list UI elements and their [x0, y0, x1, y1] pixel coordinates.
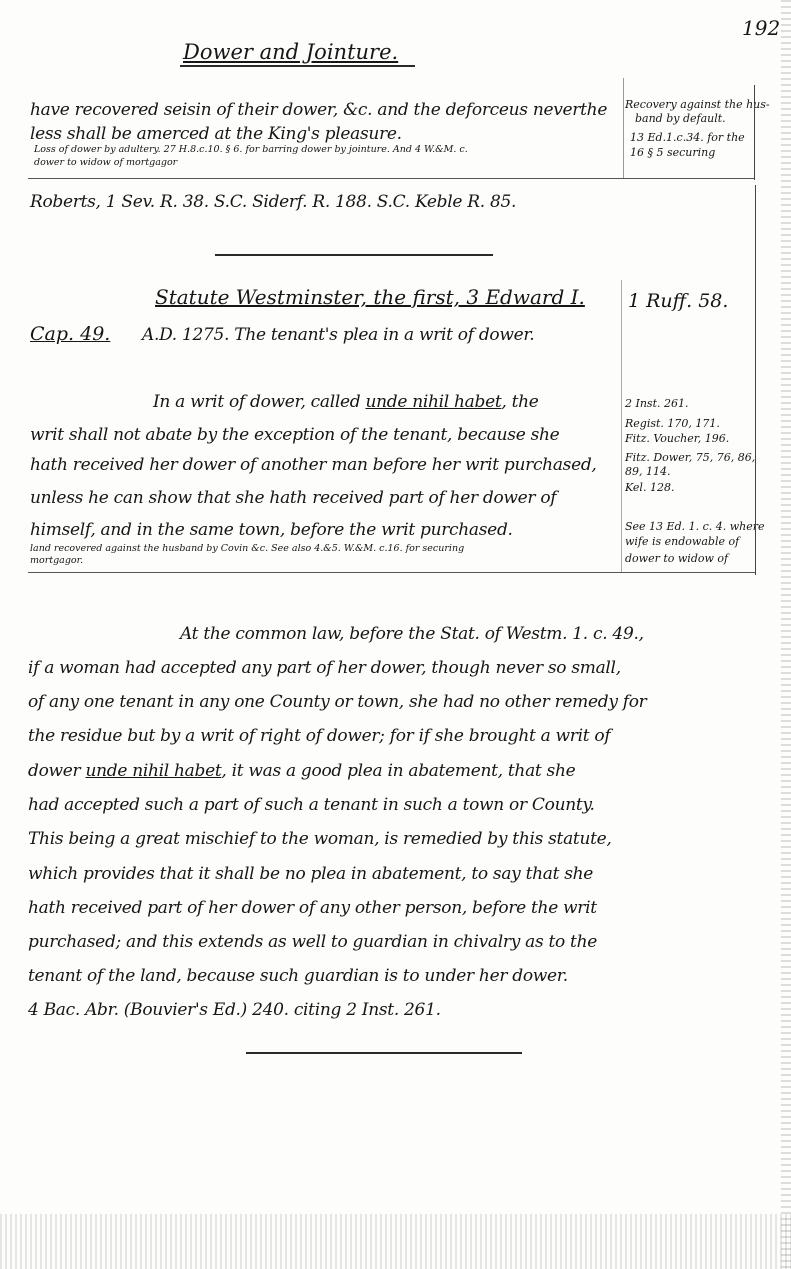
- page-heading: Dower and Jointure.: [183, 40, 398, 64]
- section-separator-1: [215, 254, 493, 256]
- statute-margin-1: 2 Inst. 261.: [625, 397, 688, 410]
- statute-margin-8: wife is endowable of: [625, 535, 739, 548]
- statute-line-1: In a writ of dower, called unde nihil ha…: [153, 392, 539, 412]
- statute-margin-7: See 13 Ed. 1. c. 4. where: [625, 520, 765, 533]
- statute-margin-9: dower to widow of: [625, 552, 728, 565]
- commentary-line-5: dower unde nihil habet, it was a good pl…: [28, 761, 575, 781]
- statute-line-2: writ shall not abate by the exception of…: [30, 425, 559, 445]
- top-note-1: Loss of dower by adultery. 27 H.8.c.10. …: [34, 144, 468, 155]
- margin-divider-statute: [621, 280, 622, 572]
- commentary-line-9: hath received part of her dower of any o…: [28, 898, 597, 918]
- margin-box-right-top: [754, 85, 755, 180]
- margin-box-right-statute: [755, 185, 756, 575]
- underlined-phrase-2: unde nihil habet: [85, 761, 221, 781]
- top-section-rule: [28, 178, 754, 179]
- statute-title: Statute Westminster, the first, 3 Edward…: [155, 285, 585, 309]
- commentary-line-1: At the common law, before the Stat. of W…: [180, 624, 644, 644]
- statute-section-rule: [28, 572, 755, 573]
- top-note-2: dower to widow of mortgagor: [34, 157, 177, 168]
- commentary-line-12: 4 Bac. Abr. (Bouvier's Ed.) 240. citing …: [28, 1000, 441, 1020]
- statute-margin-4: Fitz. Dower, 75, 76, 86,: [625, 451, 755, 464]
- underlined-phrase: unde nihil habet: [365, 392, 501, 412]
- top-margin-note-4: 16 § 5 securing: [630, 146, 715, 159]
- margin-divider-top: [623, 78, 624, 178]
- statute-subtitle: A.D. 1275. The tenant's plea in a writ o…: [142, 325, 534, 345]
- commentary-line-7: This being a great mischief to the woman…: [28, 829, 612, 849]
- commentary-line-4: the residue but by a writ of right of do…: [28, 726, 610, 746]
- statute-margin-3: Fitz. Voucher, 196.: [625, 432, 729, 445]
- section-separator-2: [246, 1052, 522, 1054]
- scan-noise: [0, 1214, 791, 1269]
- page-number: 192: [742, 16, 780, 40]
- heading-underline: [180, 65, 415, 67]
- top-margin-note-3: 13 Ed.1.c.34. for the: [630, 131, 745, 144]
- commentary-line-11: tenant of the land, because such guardia…: [28, 966, 568, 986]
- top-margin-note-1: Recovery against the hus-: [625, 98, 770, 111]
- statute-line-3: hath received her dower of another man b…: [30, 455, 597, 475]
- document-page: Dower and Jointure. 192 have recovered s…: [0, 0, 791, 1269]
- commentary-line-3: of any one tenant in any one County or t…: [28, 692, 647, 712]
- statute-cap-text: Cap. 49.: [30, 323, 110, 345]
- statute-note-1: land recovered against the husband by Co…: [30, 543, 464, 554]
- top-margin-note-2: band by default.: [635, 112, 726, 125]
- top-text-line-2: less shall be amerced at the King's plea…: [30, 124, 402, 144]
- statute-margin-6: Kel. 128.: [625, 481, 674, 494]
- citations-line: Roberts, 1 Sev. R. 38. S.C. Siderf. R. 1…: [30, 192, 516, 212]
- statute-cap: Cap. 49.: [30, 323, 110, 345]
- statute-line-4: unless he can show that she hath receive…: [30, 488, 556, 508]
- statute-margin-5: 89, 114.: [625, 465, 670, 478]
- statute-margin-ref: 1 Ruff. 58.: [628, 290, 728, 312]
- commentary-line-10: purchased; and this extends as well to g…: [28, 932, 597, 952]
- commentary-line-6: had accepted such a part of such a tenan…: [28, 795, 595, 815]
- statute-note-2: mortgagor.: [30, 555, 83, 566]
- commentary-line-8: which provides that it shall be no plea …: [28, 864, 593, 884]
- scan-edge: [781, 0, 791, 1269]
- commentary-line-2: if a woman had accepted any part of her …: [28, 658, 621, 678]
- statute-line-5: himself, and in the same town, before th…: [30, 520, 513, 540]
- statute-title-text: Statute Westminster, the first, 3 Edward…: [155, 285, 585, 309]
- heading-text: Dower and Jointure.: [183, 40, 398, 64]
- top-text-line-1: have recovered seisin of their dower, &c…: [30, 100, 607, 120]
- statute-margin-2: Regist. 170, 171.: [625, 417, 720, 430]
